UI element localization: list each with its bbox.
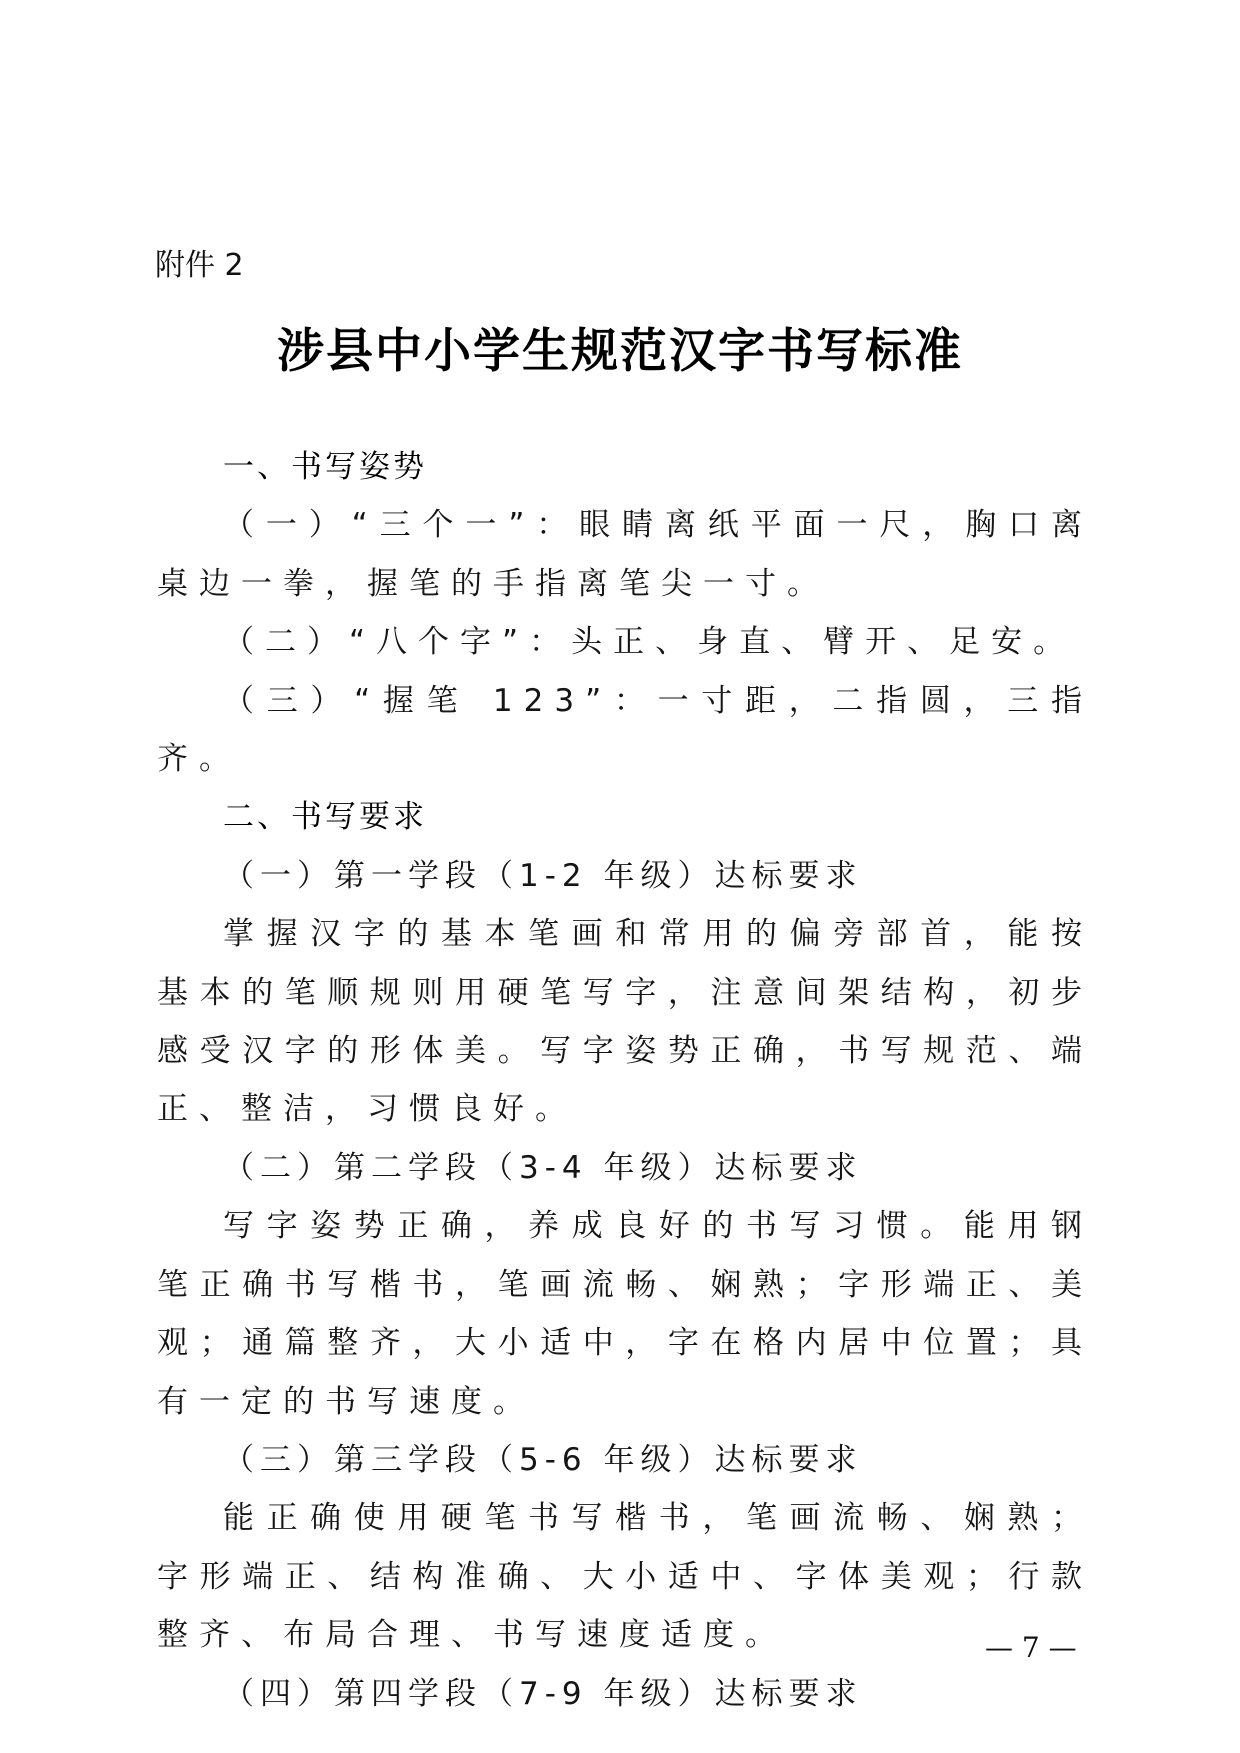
posture-item-pen-grip: （三）“握笔 123”：一寸距，二指圆，三指齐。 <box>157 672 1093 789</box>
page-number: — 7 — <box>985 1628 1077 1668</box>
paragraph-stage-1: 掌握汉字的基本笔画和常用的偏旁部首，能按基本的笔顺规则用硬笔写字，注意间架结构，… <box>157 905 1093 1139</box>
section-heading-writing-posture: 一、书写姿势 <box>157 438 1093 496</box>
paragraph-stage-3: 能正确使用硬笔书写楷书，笔画流畅、娴熟；字形端正、结构准确、大小适中、字体美观；… <box>157 1489 1093 1664</box>
subsection-heading-stage-4: （四）第四学段（7-9 年级）达标要求 <box>157 1665 1093 1723</box>
document-page: 附件 2 涉县中小学生规范汉字书写标准 一、书写姿势 （一）“三个一”：眼睛离纸… <box>0 0 1240 1753</box>
posture-item-eight-chars: （二）“八个字”：头正、身直、臂开、足安。 <box>157 613 1093 671</box>
document-body: 一、书写姿势 （一）“三个一”：眼睛离纸平面一尺，胸口离桌边一拳，握笔的手指离笔… <box>157 438 1093 1723</box>
paragraph-stage-2: 写字姿势正确，养成良好的书写习惯。能用钢笔正确书写楷书，笔画流畅、娴熟；字形端正… <box>157 1197 1093 1431</box>
subsection-heading-stage-2: （二）第二学段（3-4 年级）达标要求 <box>157 1139 1093 1197</box>
document-title: 涉县中小学生规范汉字书写标准 <box>0 322 1240 382</box>
posture-item-three-ones: （一）“三个一”：眼睛离纸平面一尺，胸口离桌边一拳，握笔的手指离笔尖一寸。 <box>157 496 1093 613</box>
attachment-label: 附件 2 <box>155 246 244 286</box>
subsection-heading-stage-1: （一）第一学段（1-2 年级）达标要求 <box>157 847 1093 905</box>
section-heading-writing-requirements: 二、书写要求 <box>157 788 1093 846</box>
subsection-heading-stage-3: （三）第三学段（5-6 年级）达标要求 <box>157 1431 1093 1489</box>
